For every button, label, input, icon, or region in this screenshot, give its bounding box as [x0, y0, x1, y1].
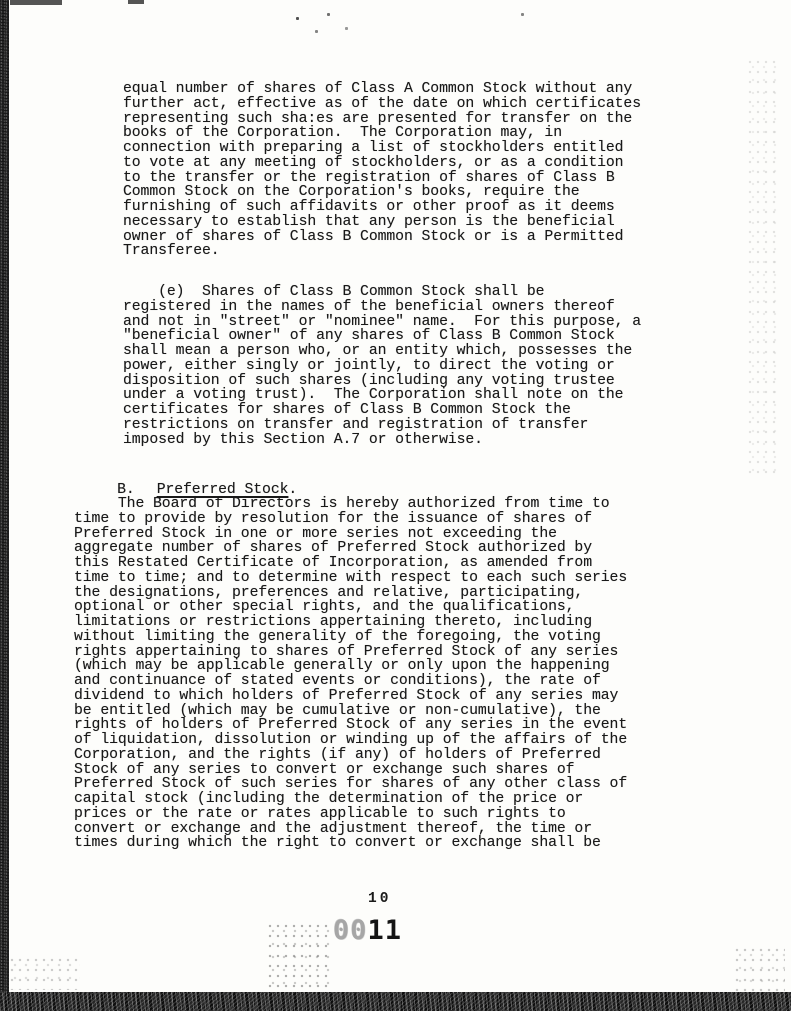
scan-artifact-top-left-mark [10, 0, 62, 5]
scan-speck [315, 30, 318, 33]
scanned-document-page: equal number of shares of Class A Common… [0, 0, 791, 1011]
scan-noise-patch [10, 958, 80, 990]
scan-artifact-top-mark [128, 0, 144, 4]
page-number: 10 [368, 891, 391, 907]
scan-speck [327, 13, 330, 16]
paragraph-class-b-transfer: equal number of shares of Class A Common… [123, 82, 641, 259]
scan-noise-patch [735, 948, 785, 992]
bates-stamp-bold-digits: 11 [368, 915, 403, 946]
scan-speck [345, 27, 348, 30]
bates-stamp-faint-digits: 00 [333, 915, 368, 946]
paragraph-subsection-e: (e) Shares of Class B Common Stock shall… [123, 285, 641, 447]
scan-artifact-bottom-edge [0, 992, 791, 1011]
scan-noise-patch [748, 60, 778, 480]
scan-speck [296, 17, 299, 20]
paragraph-preferred-stock-body: The Board of Directors is hereby authori… [74, 497, 627, 851]
scan-artifact-left-edge [0, 0, 9, 1011]
scan-speck [521, 13, 524, 16]
